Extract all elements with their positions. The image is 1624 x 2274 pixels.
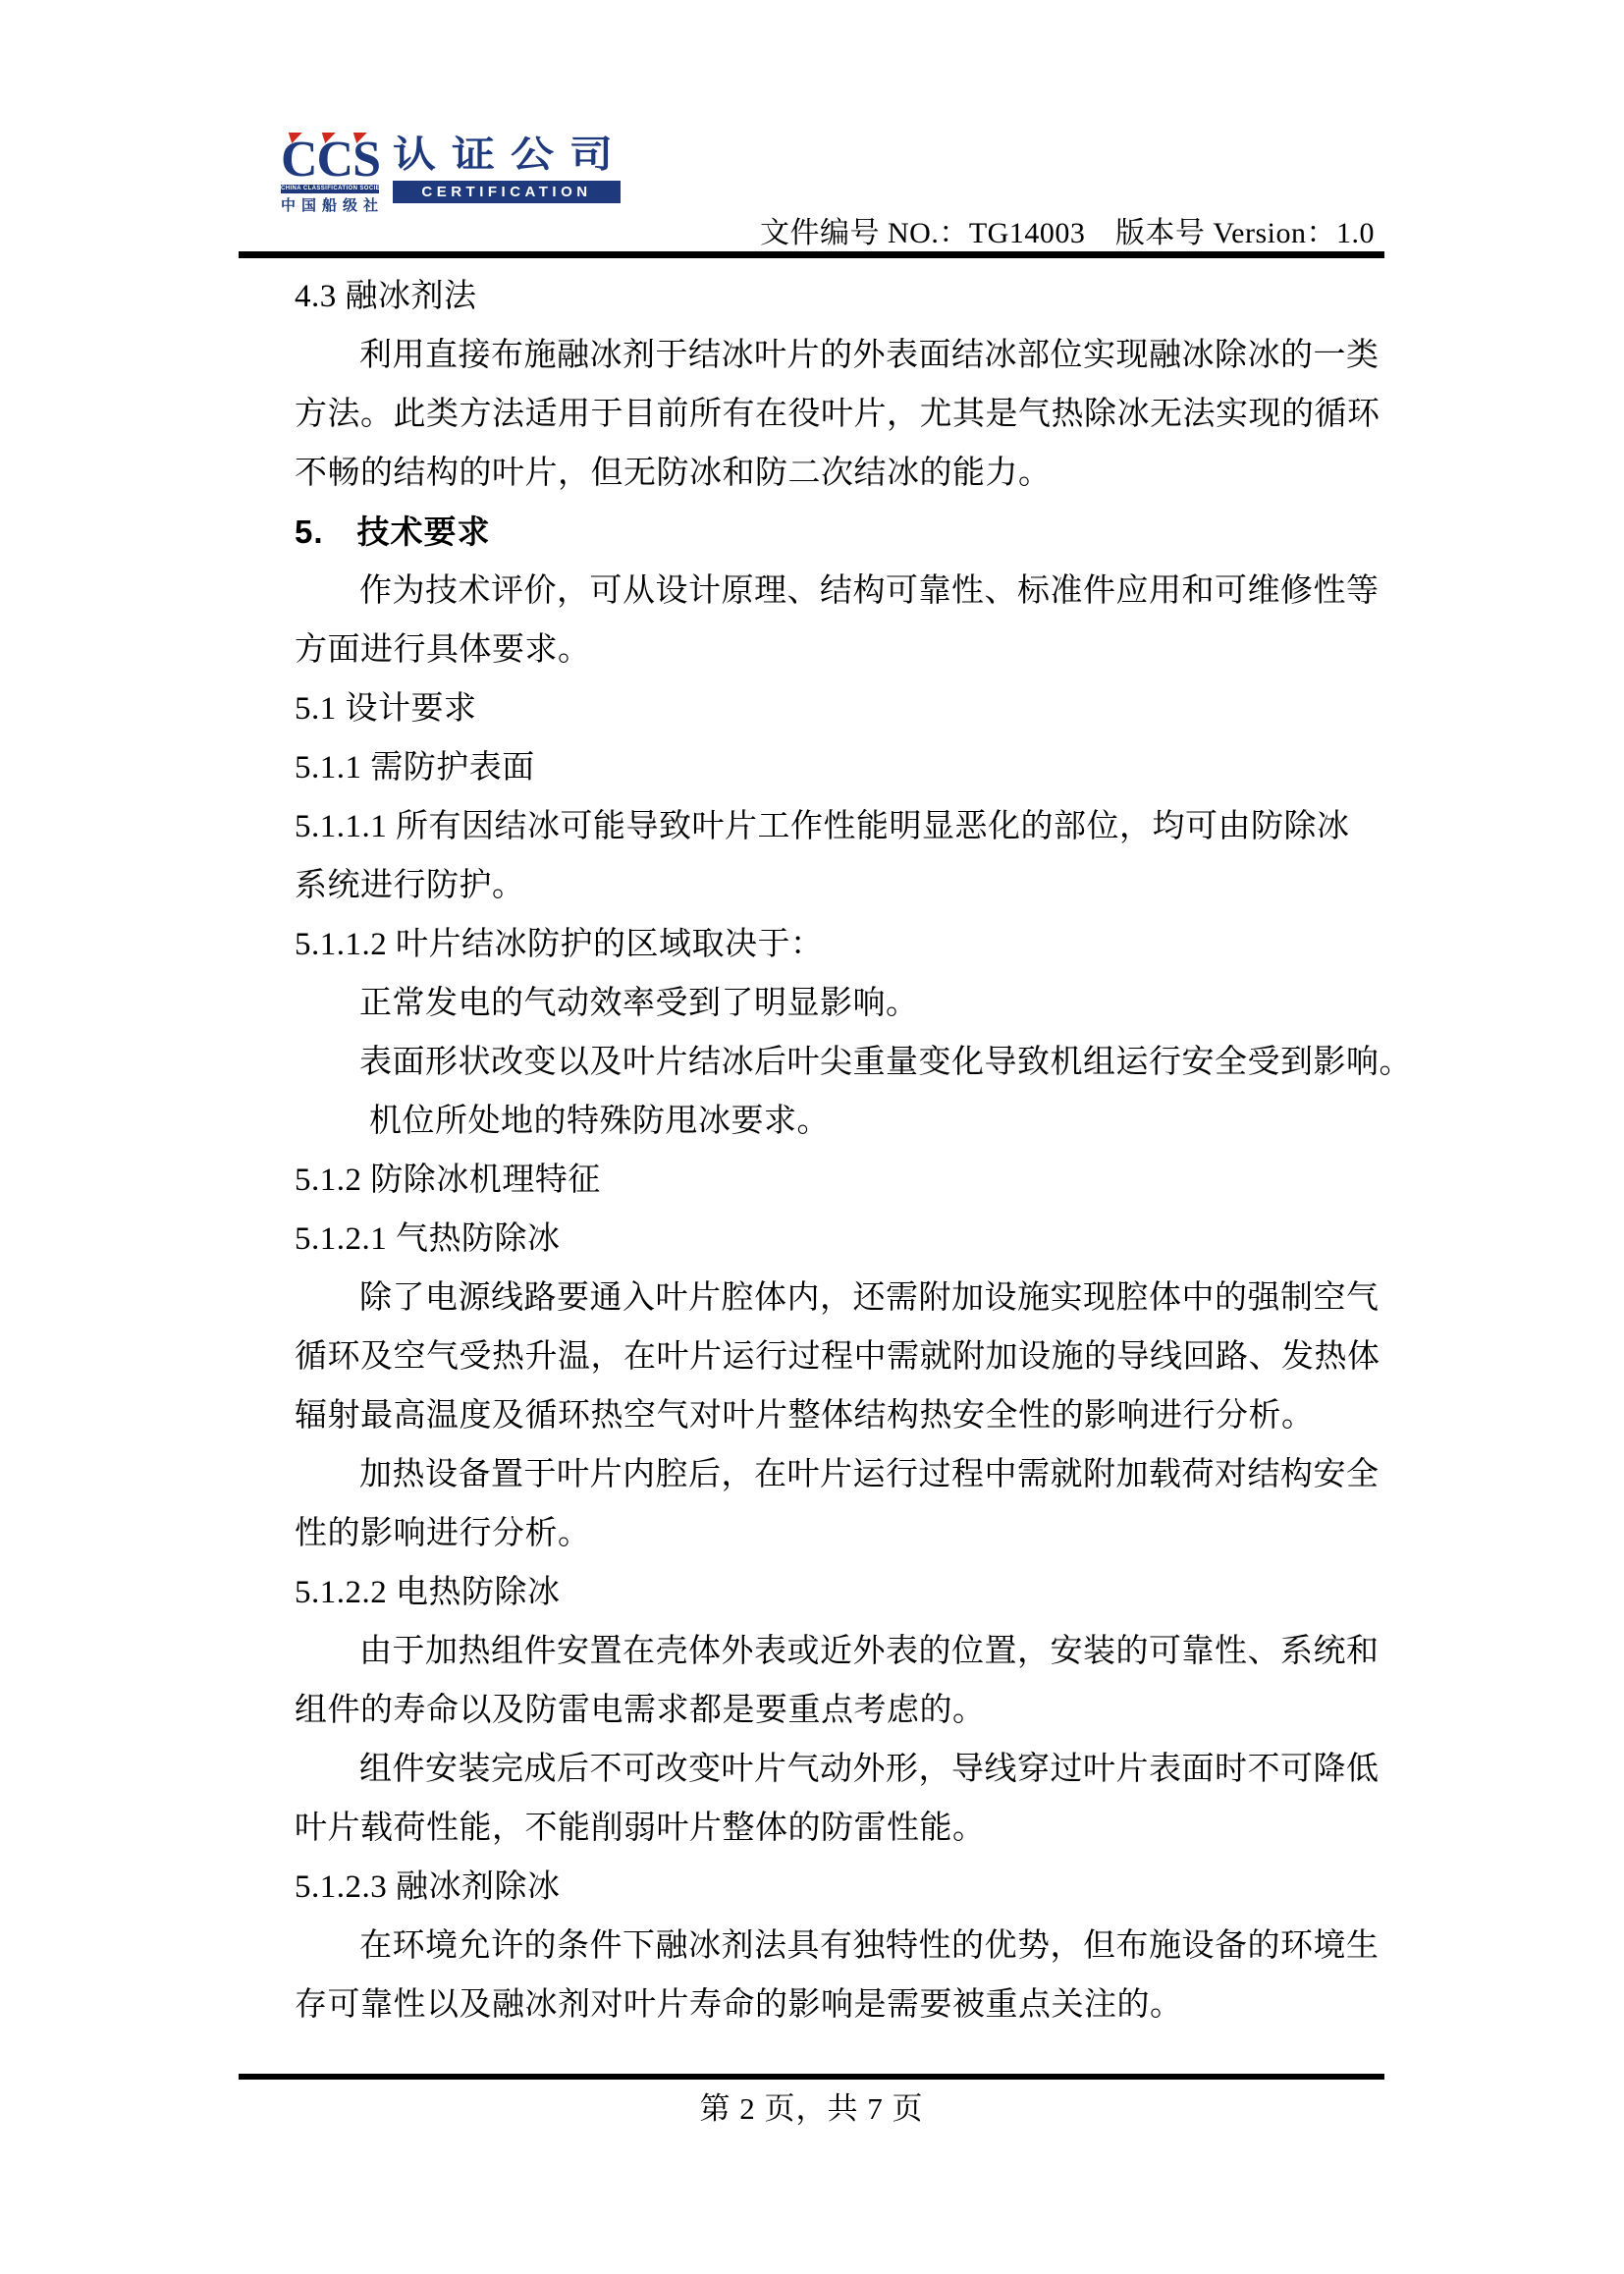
text-line: 除了电源线路要通入叶片腔体内，还需附加设施实现腔体中的强制空气 <box>295 1269 1448 1327</box>
text-line: 机位所处地的特殊防甩冰要求。 <box>295 1092 1448 1151</box>
ccs-wordmark: CCS <box>281 137 379 183</box>
ccs-logo-right: 认证公司 CERTIFICATION <box>393 137 621 215</box>
text-line: 循环及空气受热升温，在叶片运行过程中需就附加设施的导线回路、发热体 <box>295 1327 1448 1386</box>
text-line: 5.1 设计要求 <box>295 679 1448 738</box>
text-line: 系统进行防护。 <box>295 856 1448 915</box>
document-body: 4.3 融冰剂法利用直接布施融冰剂于结冰叶片的外表面结冰部位实现融冰除冰的一类方… <box>295 267 1448 2034</box>
company-name-cn: 认证公司 <box>393 137 621 173</box>
text-line: 由于加热组件安置在壳体外表或近外表的位置，安装的可靠性、系统和 <box>295 1622 1448 1681</box>
text-line: 5.1.2 防除冰机理特征 <box>295 1151 1448 1210</box>
footer-divider <box>239 2074 1384 2080</box>
text-line: 5.1.1.2 叶片结冰防护的区域取决于： <box>295 915 1448 974</box>
text-line: 加热设备置于叶片内腔后，在叶片运行过程中需就附加载荷对结构安全 <box>295 1445 1448 1504</box>
text-line: 叶片载荷性能，不能削弱叶片整体的防雷性能。 <box>295 1799 1448 1858</box>
document-number-line: 文件编号 NO.：TG14003 版本号 Version：1.0 <box>760 208 1375 251</box>
ccs-logo-left: CCS CHINA CLASSIFICATION SOCIETY 中国船级社 <box>281 137 379 215</box>
document-page: CCS CHINA CLASSIFICATION SOCIETY 中国船级社 认… <box>0 0 1624 2274</box>
page-number: 第 2 页，共 7 页 <box>239 2084 1384 2128</box>
text-line: 存可靠性以及融冰剂对叶片寿命的影响是需要被重点关注的。 <box>295 1976 1448 2034</box>
text-line: 组件安装完成后不可改变叶片气动外形，导线穿过叶片表面时不可降低 <box>295 1740 1448 1799</box>
text-line: 辐射最高温度及循环热空气对叶片整体结构热安全性的影响进行分析。 <box>295 1386 1448 1445</box>
text-line: 在环境允许的条件下融冰剂法具有独特性的优势，但布施设备的环境生 <box>295 1917 1448 1976</box>
text-line: 5. 技术要求 <box>295 503 1448 562</box>
text-line: 正常发电的气动效率受到了明显影响。 <box>295 974 1448 1033</box>
text-line: 组件的寿命以及防雷电需求都是要重点考虑的。 <box>295 1681 1448 1740</box>
text-line: 4.3 融冰剂法 <box>295 267 1448 326</box>
text-line: 表面形状改变以及叶片结冰后叶尖重量变化导致机组运行安全受到影响。 <box>295 1033 1448 1092</box>
text-line: 5.1.2.3 融冰剂除冰 <box>295 1858 1448 1917</box>
text-line: 性的影响进行分析。 <box>295 1504 1448 1563</box>
certification-banner: CERTIFICATION <box>393 181 621 203</box>
text-line: 方法。此类方法适用于目前所有在役叶片，尤其是气热除冰无法实现的循环 <box>295 385 1448 444</box>
text-line: 方面进行具体要求。 <box>295 621 1448 679</box>
society-name-cn: 中国船级社 <box>281 194 379 215</box>
text-line: 5.1.1.1 所有因结冰可能导致叶片工作性能明显恶化的部位，均可由防除冰 <box>295 797 1448 856</box>
text-line: 5.1.2.2 电热防除冰 <box>295 1563 1448 1622</box>
text-line: 5.1.2.1 气热防除冰 <box>295 1210 1448 1269</box>
header-divider <box>239 251 1384 258</box>
text-line: 不畅的结构的叶片，但无防冰和防二次结冰的能力。 <box>295 444 1448 503</box>
text-line: 5.1.1 需防护表面 <box>295 738 1448 797</box>
ccs-logo: CCS CHINA CLASSIFICATION SOCIETY 中国船级社 认… <box>281 137 621 215</box>
text-line: 作为技术评价，可从设计原理、结构可靠性、标准件应用和可维修性等 <box>295 562 1448 621</box>
text-line: 利用直接布施融冰剂于结冰叶片的外表面结冰部位实现融冰除冰的一类 <box>295 326 1448 385</box>
